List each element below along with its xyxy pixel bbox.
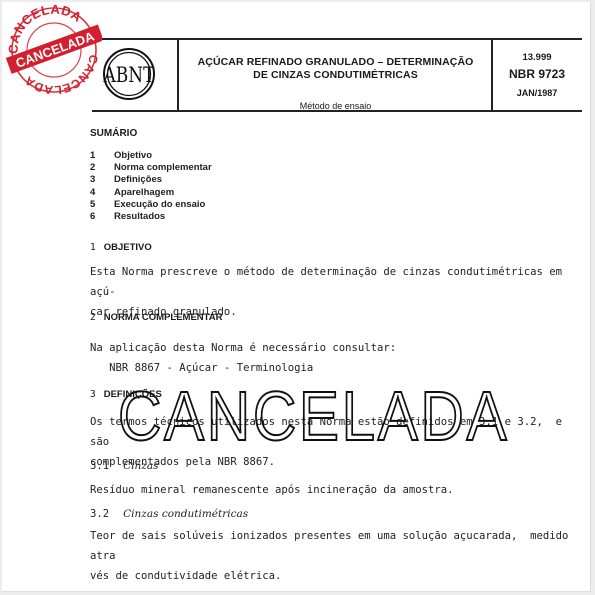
subsection-number: 3.1 [90, 460, 109, 472]
standard-number: NBR 9723 [492, 67, 582, 81]
document-type: Método de ensaio [178, 101, 493, 111]
summary-item: 3Definições [90, 174, 212, 186]
header-top-rule [92, 38, 582, 40]
summary-item-label: Norma complementar [114, 162, 212, 174]
document-title: AÇÚCAR REFINADO GRANULADO – DETERMINAÇÃO… [178, 56, 493, 82]
summary-item-number: 2 [90, 162, 114, 174]
summary-item-label: Definições [114, 174, 162, 186]
section-title: OBJETIVO [104, 242, 152, 253]
subsection-3-1-body: Resíduo mineral remanescente após incine… [90, 480, 585, 500]
svg-text:ABNT: ABNT [103, 62, 155, 87]
summary-item-number: 3 [90, 174, 114, 186]
publication-date: JAN/1987 [492, 88, 582, 98]
summary-title: SUMÁRIO [90, 128, 137, 139]
summary-item: 5Execução do ensaio [90, 199, 212, 211]
summary-item-number: 1 [90, 150, 114, 162]
subsection-3-2-body: Teor de sais solúveis ionizados presente… [90, 526, 585, 586]
title-line-1: AÇÚCAR REFINADO GRANULADO – DETERMINAÇÃO [178, 56, 493, 69]
summary-item-number: 4 [90, 187, 114, 199]
section-number: 2 [90, 312, 96, 323]
summary-item-label: Resultados [114, 211, 165, 223]
summary-item-label: Aparelhagem [114, 187, 174, 199]
summary-item: 4Aparelhagem [90, 187, 212, 199]
title-line-2: DE CINZAS CONDUTIMÉTRICAS [178, 69, 493, 82]
summary-list: 1Objetivo 2Norma complementar 3Definiçõe… [90, 150, 212, 223]
section-number: 1 [90, 242, 96, 253]
section-title: NORMA COMPLEMENTAR [104, 312, 223, 323]
section-2-body: Na aplicação desta Norma é necessário co… [90, 338, 585, 378]
cancelled-stamp-icon: CANCELADA CANCELADA CANCELADA [4, 4, 102, 94]
section-1-heading: 1OBJETIVO [90, 242, 152, 253]
subsection-3-2-heading: 3.2Cinzas condutimétricas [90, 508, 248, 520]
summary-item: 1Objetivo [90, 150, 212, 162]
subsection-title: Cinzas condutimétricas [123, 508, 248, 520]
subsection-3-1-heading: 3.1Cinzas [90, 460, 158, 472]
subsection-title: Cinzas [123, 460, 158, 472]
summary-item-number: 5 [90, 199, 114, 211]
classification-code: 13.999 [492, 52, 582, 63]
subsection-number: 3.2 [90, 508, 109, 520]
summary-item: 2Norma complementar [90, 162, 212, 174]
section-2-heading: 2NORMA COMPLEMENTAR [90, 312, 222, 323]
summary-item: 6Resultados [90, 211, 212, 223]
section-number: 3 [90, 389, 96, 400]
abnt-logo-icon: ABNT [102, 47, 156, 101]
summary-item-number: 6 [90, 211, 114, 223]
summary-item-label: Objetivo [114, 150, 152, 162]
summary-item-label: Execução do ensaio [114, 199, 205, 211]
cancelled-watermark: CANCELADA [118, 381, 428, 451]
